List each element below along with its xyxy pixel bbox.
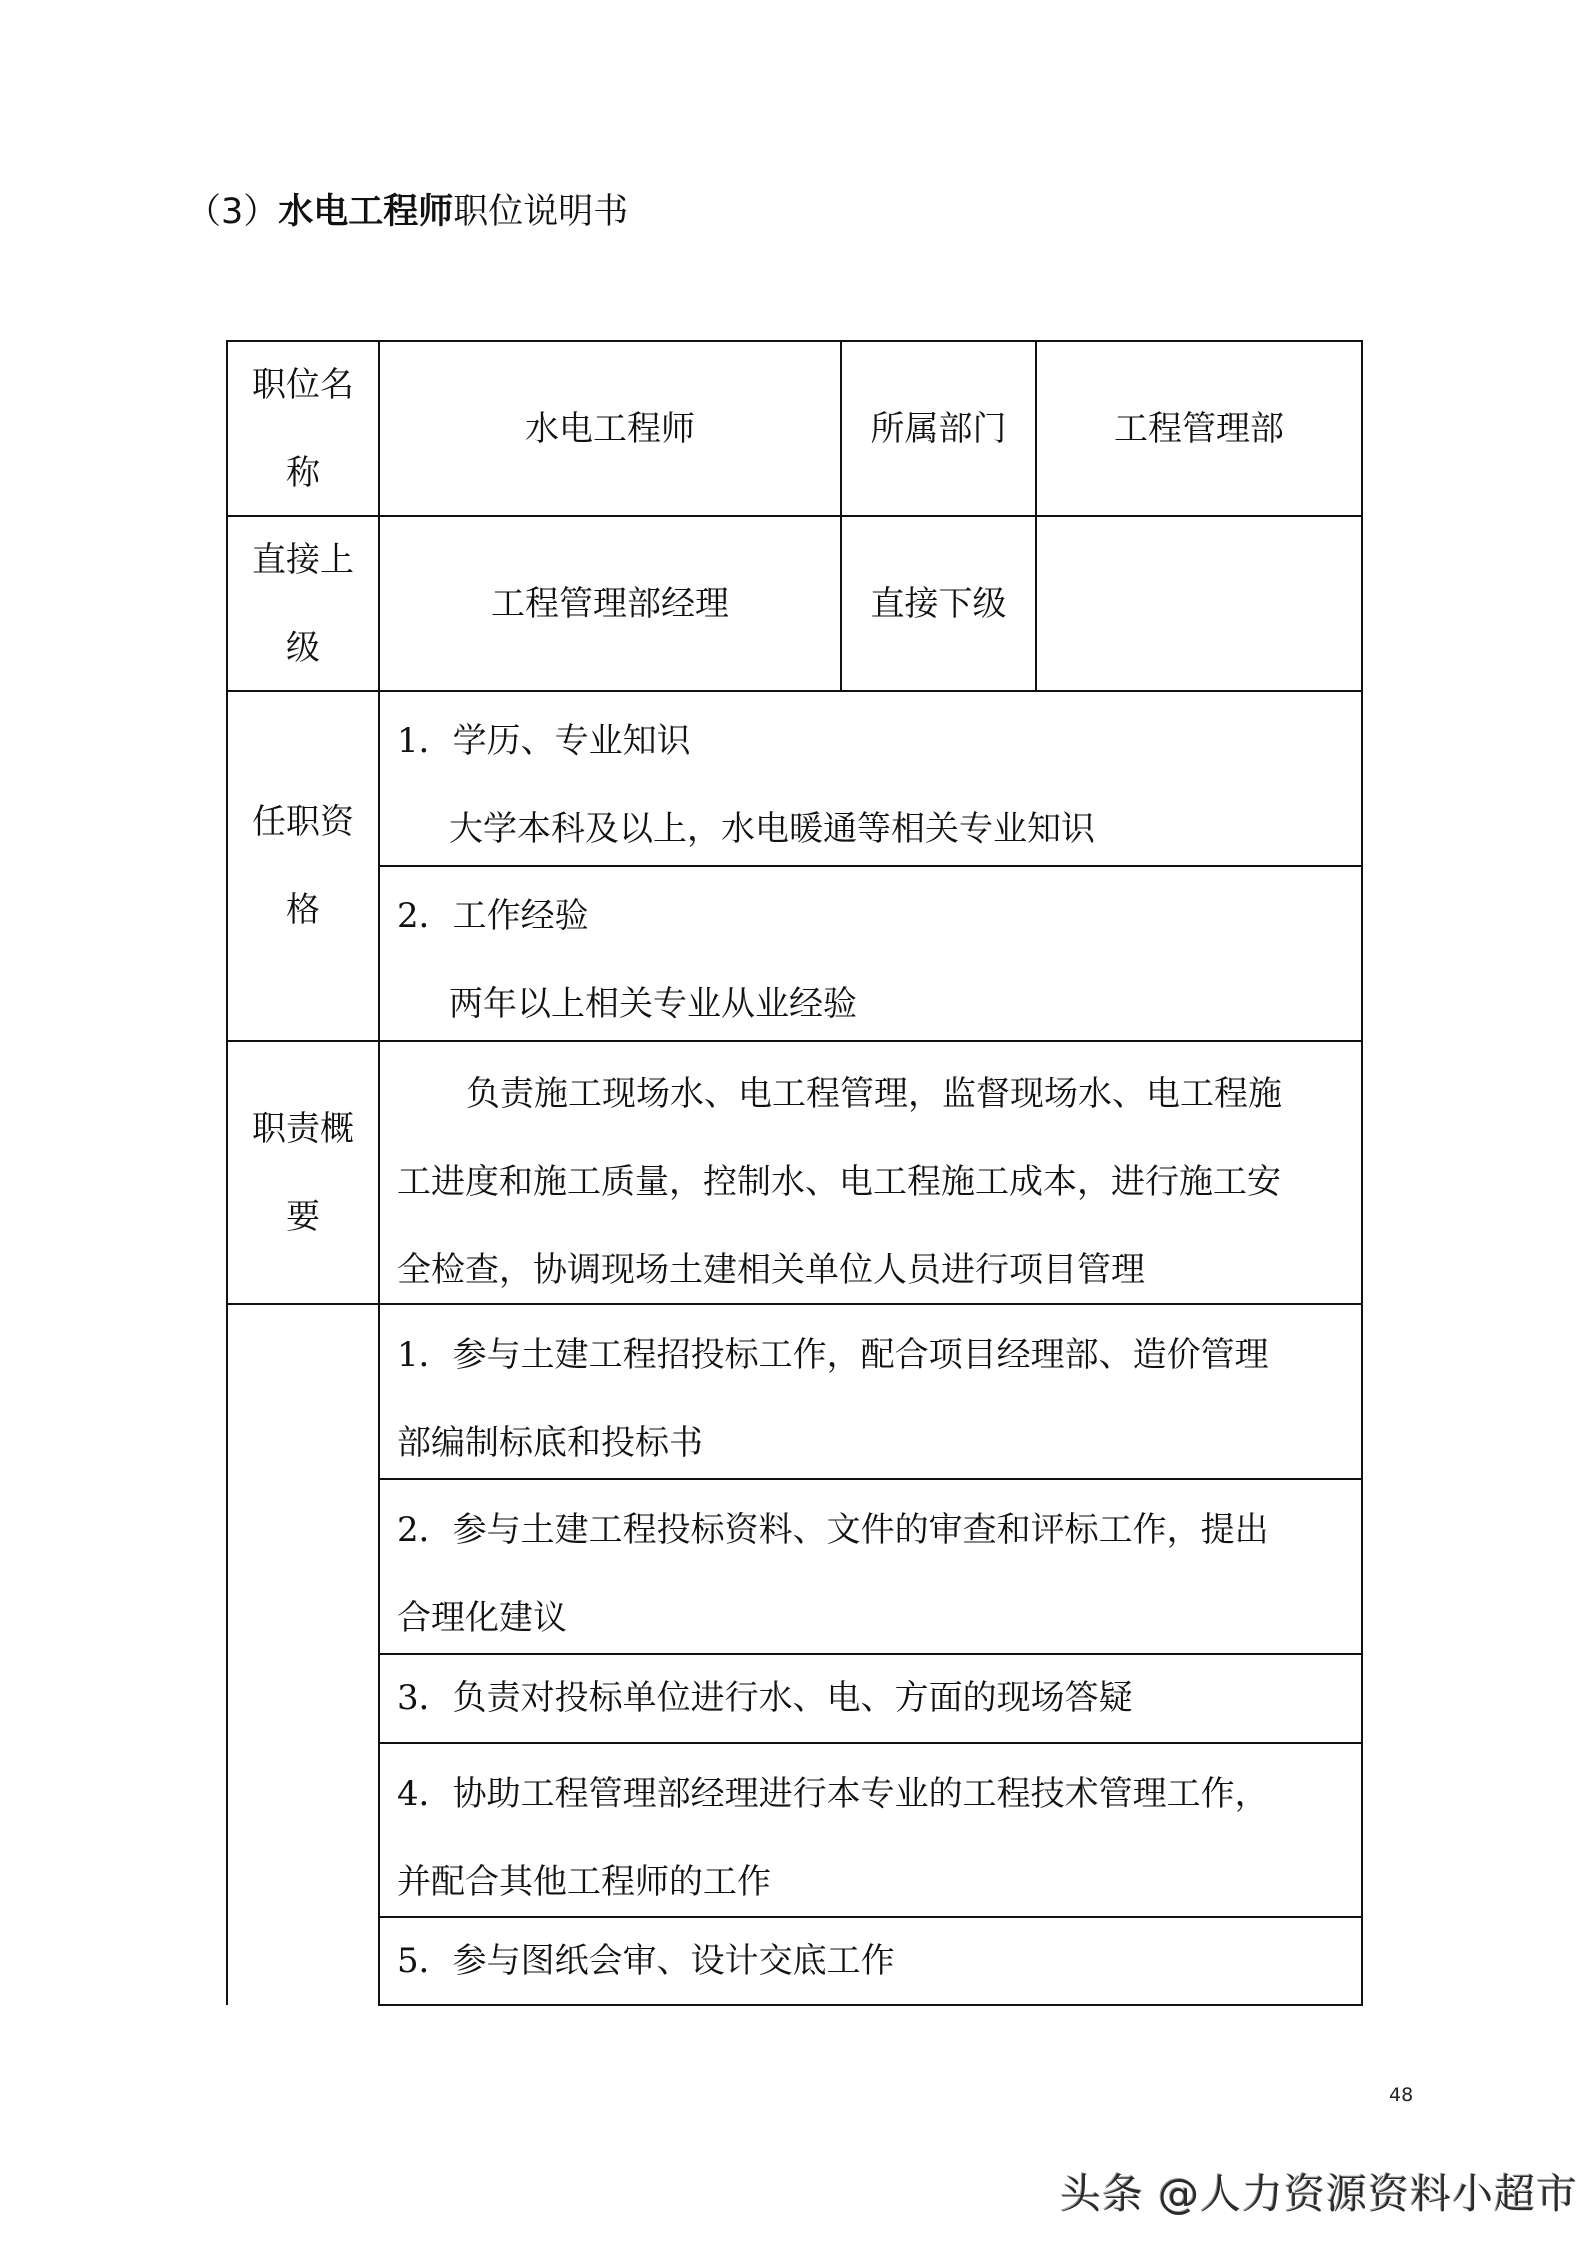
duty-item: 1．参与土建工程招投标工作，配合项目经理部、造价管理 部编制标底和投标书 <box>380 1311 1269 1487</box>
qualification-heading: 2．工作经验 <box>397 872 857 960</box>
section-title: （3）水电工程师职位说明书 <box>186 188 628 236</box>
qualification-item: 1．学历、专业知识 大学本科及以上，水电暖通等相关专业知识 <box>380 697 1095 873</box>
title-strong: 水电工程师 <box>278 192 453 232</box>
duty-item: 3．负责对投标单位进行水、电、方面的现场答疑 <box>380 1654 1133 1742</box>
duty-item: 5．参与图纸会审、设计交底工作 <box>380 1917 895 2005</box>
qualification-heading: 1．学历、专业知识 <box>397 697 1095 785</box>
qualification-detail: 大学本科及以上，水电暖通等相关专业知识 <box>397 785 1095 873</box>
label-line: 职责概 <box>252 1085 354 1173</box>
duty-line: 3．负责对投标单位进行水、电、方面的现场答疑 <box>397 1654 1133 1742</box>
duty-line: 2．参与土建工程投标资料、文件的审查和评标工作，提出 <box>397 1486 1269 1574</box>
responsibility-summary: 负责施工现场水、电工程管理，监督现场水、电工程施 工进度和施工质量，控制水、电工… <box>380 1050 1282 1314</box>
duty-line: 并配合其他工程师的工作 <box>397 1838 1269 1926</box>
duty-item: 2．参与土建工程投标资料、文件的审查和评标工作，提出 合理化建议 <box>380 1486 1269 1662</box>
duty-line: 部编制标底和投标书 <box>397 1399 1269 1487</box>
label-position-name: 职位名 称 <box>228 342 378 515</box>
qualification-item: 2．工作经验 两年以上相关专业从业经验 <box>380 872 857 1048</box>
value-position-name: 水电工程师 <box>380 342 840 515</box>
label-direct-subordinate: 直接下级 <box>842 517 1035 690</box>
label-responsibility-summary: 职责概 要 <box>228 1042 378 1303</box>
qualification-detail: 两年以上相关专业从业经验 <box>397 960 857 1048</box>
label-line: 要 <box>286 1173 320 1261</box>
value-direct-superior: 工程管理部经理 <box>380 517 840 690</box>
label-department: 所属部门 <box>842 342 1035 515</box>
duty-item: 4．协助工程管理部经理进行本专业的工程技术管理工作， 并配合其他工程师的工作 <box>380 1750 1269 1926</box>
section-number: （3） <box>186 192 278 232</box>
page-number: 48 <box>1389 2084 1413 2106</box>
label-line: 称 <box>286 429 320 517</box>
label-direct-superior: 直接上 级 <box>228 517 378 690</box>
duty-line: 5．参与图纸会审、设计交底工作 <box>397 1917 895 2005</box>
label-line: 任职资 <box>252 778 354 866</box>
value-department: 工程管理部 <box>1037 342 1361 515</box>
label-line: 职位名 <box>252 341 354 429</box>
label-line: 级 <box>286 604 320 692</box>
label-line: 直接上 <box>252 516 354 604</box>
duty-line: 4．协助工程管理部经理进行本专业的工程技术管理工作， <box>397 1750 1269 1838</box>
label-line: 格 <box>286 866 320 954</box>
title-rest: 职位说明书 <box>453 192 628 232</box>
summary-line: 负责施工现场水、电工程管理，监督现场水、电工程施 <box>397 1050 1282 1138</box>
table-border-right <box>1361 340 1363 2006</box>
duty-line: 1．参与土建工程招投标工作，配合项目经理部、造价管理 <box>397 1311 1269 1399</box>
subrow-divider <box>379 1742 1363 1744</box>
label-qualifications: 任职资 格 <box>228 692 378 1040</box>
value-direct-subordinate <box>1037 517 1361 690</box>
summary-line: 全检查，协调现场土建相关单位人员进行项目管理 <box>397 1226 1282 1314</box>
duty-line: 合理化建议 <box>397 1574 1269 1662</box>
row-divider <box>226 690 1363 692</box>
watermark: 头条 @人力资源资料小超市 <box>1060 2166 1578 2222</box>
summary-line: 工进度和施工质量，控制水、电工程施工成本，进行施工安 <box>397 1138 1282 1226</box>
